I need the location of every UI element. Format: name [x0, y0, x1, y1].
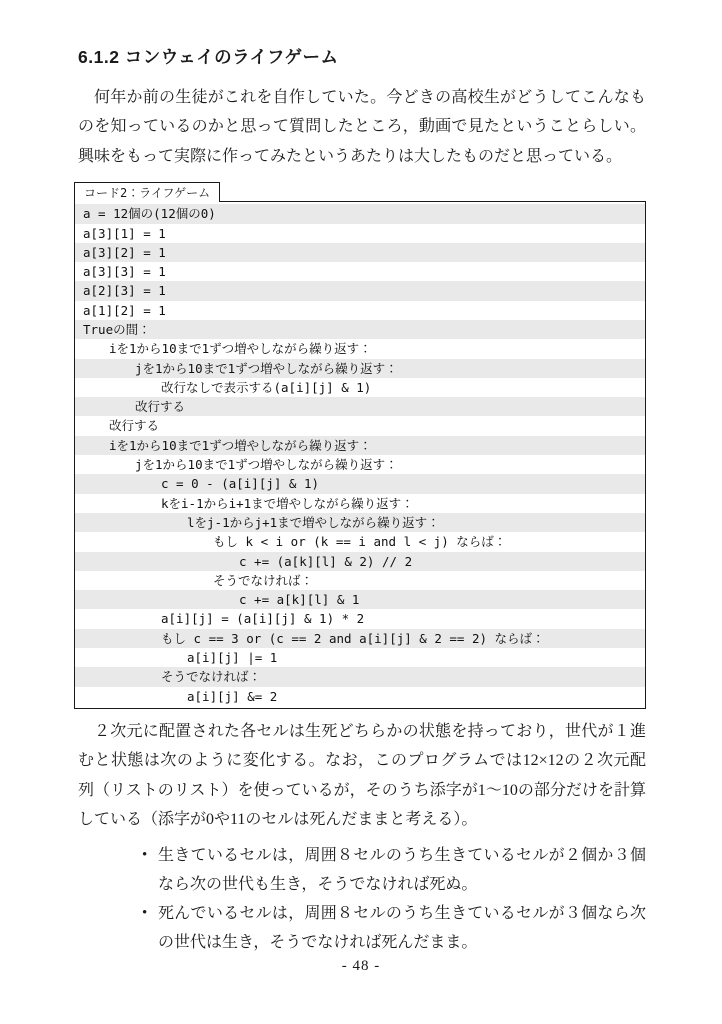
- code-line: jを1から10まで1ずつ増やしながら繰り返す：: [75, 455, 645, 474]
- code-line: a[3][3] = 1: [75, 262, 645, 281]
- code-line: a[1][2] = 1: [75, 301, 645, 320]
- code-tab-label: コード2：ライフゲーム: [74, 182, 220, 202]
- code-line: もし c == 3 or (c == 2 and a[i][j] & 2 == …: [75, 629, 645, 648]
- section-heading: 6.1.2 コンウェイのライフゲーム: [78, 44, 646, 69]
- code-line: 改行する: [75, 397, 645, 416]
- rule-item: 生きているセルは，周囲８セルのうち生きているセルが２個か３個なら次の世代も生き，…: [142, 841, 646, 900]
- code-line: そうでなければ：: [75, 571, 645, 590]
- document-page: 6.1.2 コンウェイのライフゲーム 何年か前の生徒がこれを自作していた。今どき…: [0, 0, 722, 1024]
- code-line: a[i][j] &= 2: [75, 687, 645, 706]
- code-line: iを1から10まで1ずつ増やしながら繰り返す：: [75, 339, 645, 358]
- code-line: もし k < i or (k == i and l < j) ならば：: [75, 532, 645, 551]
- code-line: c += (a[k][l] & 2) // 2: [75, 552, 645, 571]
- explanation-paragraph: ２次元に配置された各セルは生死どちらかの状態を持っており，世代が１進むと状態は次…: [78, 717, 646, 835]
- code-line: a[i][j] |= 1: [75, 648, 645, 667]
- code-body: a = 12個の(12個の0)a[3][1] = 1a[3][2] = 1a[3…: [74, 201, 646, 709]
- code-line: kをi-1からi+1まで増やしながら繰り返す：: [75, 494, 645, 513]
- code-line: iを1から10まで1ずつ増やしながら繰り返す：: [75, 436, 645, 455]
- code-line: そうでなければ：: [75, 667, 645, 686]
- code-line: 改行なしで表示する(a[i][j] & 1): [75, 378, 645, 397]
- page-content: 6.1.2 コンウェイのライフゲーム 何年か前の生徒がこれを自作していた。今どき…: [78, 44, 646, 958]
- page-number: - 48 -: [0, 958, 722, 975]
- code-line: c = 0 - (a[i][j] & 1): [75, 474, 645, 493]
- code-line: 改行する: [75, 416, 645, 435]
- code-line: jを1から10まで1ずつ増やしながら繰り返す：: [75, 359, 645, 378]
- code-block: コード2：ライフゲーム a = 12個の(12個の0)a[3][1] = 1a[…: [74, 181, 646, 709]
- code-line: lをj-1からj+1まで増やしながら繰り返す：: [75, 513, 645, 532]
- code-line: Trueの間：: [75, 320, 645, 339]
- rule-item: 死んでいるセルは，周囲８セルのうち生きているセルが３個なら次の世代は生き，そうで…: [142, 899, 646, 958]
- rules-list: 生きているセルは，周囲８セルのうち生きているセルが２個か３個なら次の世代も生き，…: [78, 841, 646, 958]
- code-line: a[3][1] = 1: [75, 224, 645, 243]
- code-line: a[2][3] = 1: [75, 281, 645, 300]
- code-line: a[3][2] = 1: [75, 243, 645, 262]
- intro-paragraph: 何年か前の生徒がこれを自作していた。今どきの高校生がどうしてこんなものを知ってい…: [78, 83, 646, 171]
- code-line: a = 12個の(12個の0): [75, 204, 645, 223]
- code-line: a[i][j] = (a[i][j] & 1) * 2: [75, 609, 645, 628]
- code-line: c += a[k][l] & 1: [75, 590, 645, 609]
